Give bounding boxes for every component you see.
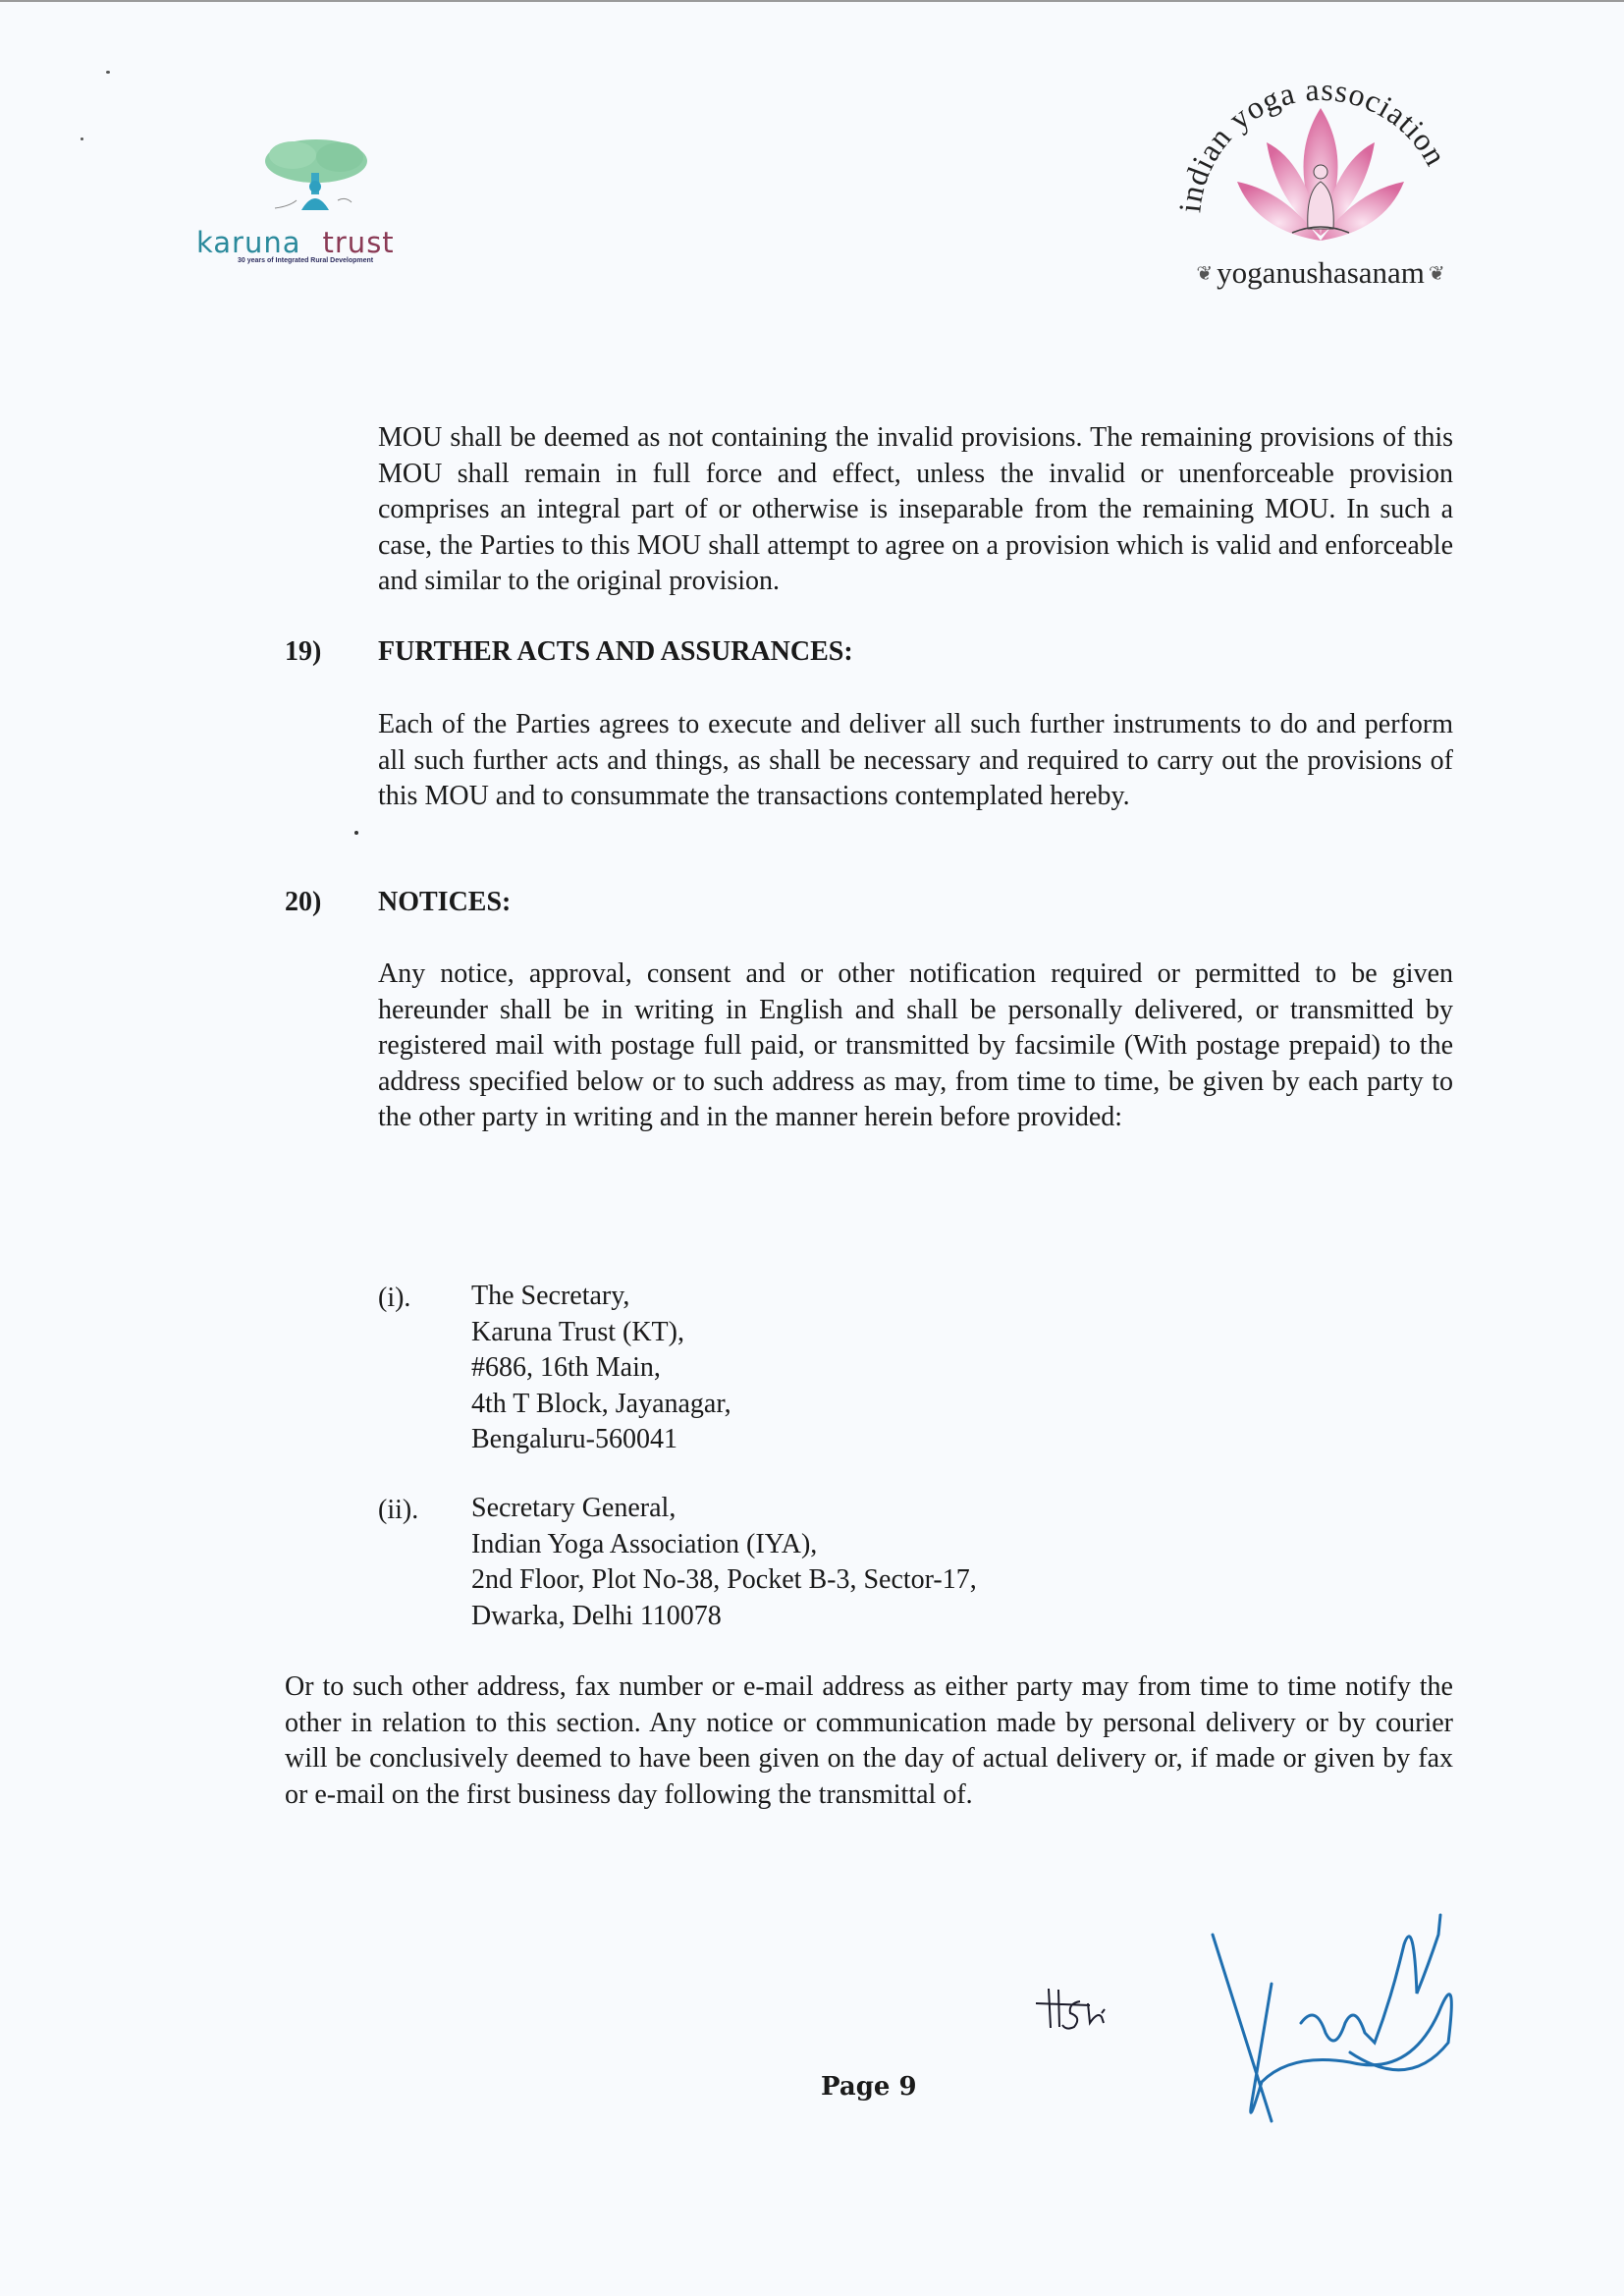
address-line: Karuna Trust (KT),	[471, 1315, 731, 1351]
handwritten-signature	[1154, 1905, 1615, 2160]
continuation-paragraph: MOU shall be deemed as not containing th…	[378, 420, 1453, 600]
address-line: 4th T Block, Jayanagar,	[471, 1387, 731, 1423]
lotus-meditation-icon: indian yoga association	[1159, 54, 1483, 260]
page-number: Page 9	[821, 2072, 917, 2102]
address-line: Bengaluru-560041	[471, 1422, 731, 1458]
address-1-label: (i).	[378, 1283, 410, 1314]
section-20-number: 20)	[285, 887, 321, 918]
address-1: The Secretary, Karuna Trust (KT), #686, …	[471, 1279, 731, 1458]
section-20-body: Any notice, approval, consent and or oth…	[378, 957, 1453, 1136]
tree-buddha-icon	[255, 136, 373, 214]
closing-paragraph: Or to such other address, fax number or …	[285, 1669, 1453, 1813]
address-2-label: (ii).	[378, 1495, 418, 1526]
karuna-trust-logo: karunatrust 30 years of Integrated Rural…	[196, 128, 442, 275]
scan-top-edge	[0, 0, 1624, 2]
lotus-ornament-icon: ❦	[1429, 263, 1445, 285]
karuna-trust-tagline: 30 years of Integrated Rural Development	[238, 257, 373, 264]
section-19-title: FURTHER ACTS AND ASSURANCES:	[378, 636, 853, 668]
karuna-trust-wordmark: karunatrust	[196, 226, 395, 259]
address-2: Secretary General, Indian Yoga Associati…	[471, 1491, 977, 1634]
scan-speck	[354, 831, 358, 835]
address-line: 2nd Floor, Plot No-38, Pocket B-3, Secto…	[471, 1562, 977, 1599]
section-20-title: NOTICES:	[378, 887, 511, 918]
address-line: Dwarka, Delhi 110078	[471, 1599, 977, 1635]
scan-speck	[81, 137, 83, 140]
iya-subtitle: ❦yoganushasanam❦	[1159, 255, 1483, 291]
section-19-body: Each of the Parties agrees to execute an…	[378, 707, 1453, 815]
address-line: #686, 16th Main,	[471, 1350, 731, 1387]
section-19-number: 19)	[285, 636, 321, 668]
indian-yoga-association-logo: indian yoga association ❦yoganushasanam❦	[1159, 54, 1483, 309]
address-line: The Secretary,	[471, 1279, 731, 1315]
lotus-ornament-icon: ❦	[1196, 263, 1213, 285]
scan-speck	[106, 71, 110, 74]
address-line: Secretary General,	[471, 1491, 977, 1527]
initials-signature	[1031, 1984, 1149, 2043]
address-line: Indian Yoga Association (IYA),	[471, 1527, 977, 1563]
